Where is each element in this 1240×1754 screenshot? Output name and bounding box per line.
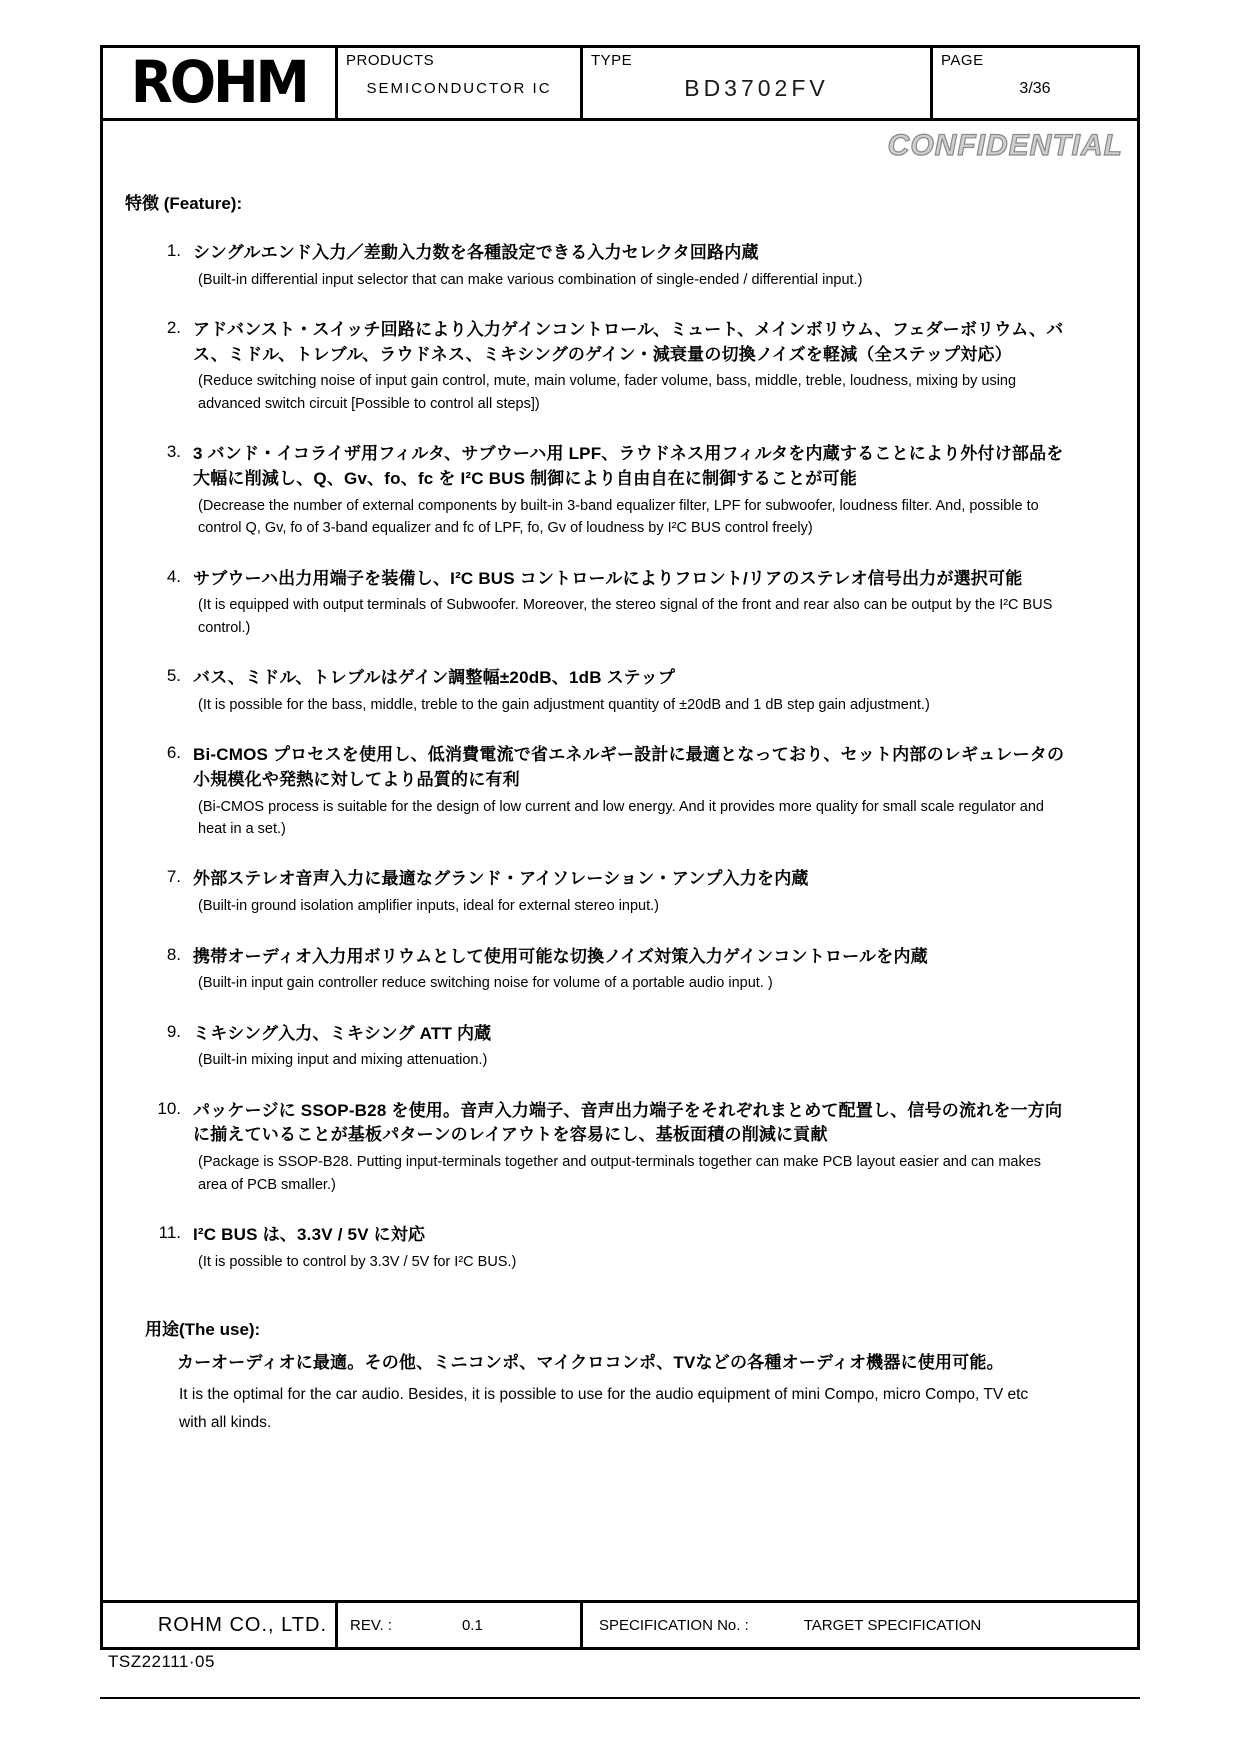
feature-item: 11. I²C BUS は、3.3V / 5V に対応 (It is possi… xyxy=(125,1223,1113,1273)
feature-text-en: (Built-in mixing input and mixing attenu… xyxy=(193,1049,1065,1071)
feature-body: パッケージに SSOP-B28 を使用。音声入力端子、音声出力端子をそれぞれまと… xyxy=(193,1099,1065,1196)
feature-text-jp: Bi-CMOS プロセスを使用し、低消費電流で省エネルギー設計に最適となっており… xyxy=(193,743,1065,792)
feature-number: 8. xyxy=(125,945,193,995)
feature-text-jp: アドバンスト・スイッチ回路により入力ゲインコントロール、ミュート、メインボリウム… xyxy=(193,318,1065,367)
feature-text-jp: 外部ステレオ音声入力に最適なグランド・アイソレーション・アンプ入力を内蔵 xyxy=(193,867,1065,892)
header: ROHM PRODUCTS SEMICONDUCTOR IC TYPE BD37… xyxy=(103,48,1137,121)
header-products-cell: PRODUCTS SEMICONDUCTOR IC xyxy=(338,48,583,118)
products-value: SEMICONDUCTOR IC xyxy=(346,80,572,97)
feature-text-jp: 3 バンド・イコライザ用フィルタ、サブウーハ用 LPF、ラウドネス用フィルタを内… xyxy=(193,442,1065,491)
feature-item: 7. 外部ステレオ音声入力に最適なグランド・アイソレーション・アンプ入力を内蔵 … xyxy=(125,867,1113,917)
feature-text-en: (It is possible for the bass, middle, tr… xyxy=(193,694,1065,716)
feature-text-en: (Built-in input gain controller reduce s… xyxy=(193,972,1065,994)
feature-number: 11. xyxy=(125,1223,193,1273)
feature-body: ミキシング入力、ミキシング ATT 内蔵 (Built-in mixing in… xyxy=(193,1022,1065,1072)
feature-text-en: (Reduce switching noise of input gain co… xyxy=(193,370,1065,415)
feature-text-jp: バス、ミドル、トレブルはゲイン調整幅±20dB、1dB ステップ xyxy=(193,666,1065,691)
page-number: 3/36 xyxy=(941,80,1129,98)
feature-heading: 特徴 (Feature): xyxy=(125,189,1113,214)
footer-company: ROHM CO., LTD. xyxy=(103,1603,338,1647)
feature-text-jp: I²C BUS は、3.3V / 5V に対応 xyxy=(193,1223,1065,1248)
feature-body: 3 バンド・イコライザ用フィルタ、サブウーハ用 LPF、ラウドネス用フィルタを内… xyxy=(193,442,1065,539)
type-value: BD3702FV xyxy=(591,75,922,102)
feature-item: 4. サブウーハ出力用端子を装備し、I²C BUS コントロールによりフロント/… xyxy=(125,567,1113,640)
feature-item: 9. ミキシング入力、ミキシング ATT 内蔵 (Built-in mixing… xyxy=(125,1022,1113,1072)
feature-text-en: (Built-in differential input selector th… xyxy=(193,269,1065,291)
feature-text-en: (Bi-CMOS process is suitable for the des… xyxy=(193,796,1065,841)
feature-number: 5. xyxy=(125,666,193,716)
feature-text-jp: サブウーハ出力用端子を装備し、I²C BUS コントロールによりフロント/リアの… xyxy=(193,567,1065,592)
rohm-logo: ROHM xyxy=(103,48,338,118)
document-code: TSZ22111·05 xyxy=(108,1652,215,1672)
feature-body: サブウーハ出力用端子を装備し、I²C BUS コントロールによりフロント/リアの… xyxy=(193,567,1065,640)
bottom-rule xyxy=(100,1697,1140,1699)
use-heading: 用途(The use): xyxy=(145,1315,1113,1340)
feature-body: シングルエンド入力／差動入力数を各種設定できる入力セレクタ回路内蔵 (Built… xyxy=(193,241,1065,291)
feature-number: 10. xyxy=(125,1099,193,1196)
feature-body: アドバンスト・スイッチ回路により入力ゲインコントロール、ミュート、メインボリウム… xyxy=(193,318,1065,415)
feature-number: 4. xyxy=(125,567,193,640)
feature-list: 1. シングルエンド入力／差動入力数を各種設定できる入力セレクタ回路内蔵 (Bu… xyxy=(125,241,1113,1273)
use-section: 用途(The use): カーオーディオに最適。その他、ミニコンポ、マイクロコン… xyxy=(125,1315,1113,1437)
feature-body: I²C BUS は、3.3V / 5V に対応 (It is possible … xyxy=(193,1223,1065,1273)
use-text-jp: カーオーディオに最適。その他、ミニコンポ、マイクロコンポ、TVなどの各種オーディ… xyxy=(177,1348,1113,1373)
feature-text-jp: ミキシング入力、ミキシング ATT 内蔵 xyxy=(193,1022,1065,1047)
rev-label: REV. : xyxy=(350,1617,392,1634)
feature-number: 7. xyxy=(125,867,193,917)
use-text-en: It is the optimal for the car audio. Bes… xyxy=(179,1381,1039,1437)
footer-rev-cell: REV. : 0.1 xyxy=(338,1603,583,1647)
feature-text-en: (Package is SSOP-B28. Putting input-term… xyxy=(193,1151,1065,1196)
feature-item: 1. シングルエンド入力／差動入力数を各種設定できる入力セレクタ回路内蔵 (Bu… xyxy=(125,241,1113,291)
spec-label: SPECIFICATION No. : xyxy=(599,1617,749,1634)
spec-value: TARGET SPECIFICATION xyxy=(804,1617,982,1634)
feature-item: 6. Bi-CMOS プロセスを使用し、低消費電流で省エネルギー設計に最適となっ… xyxy=(125,743,1113,840)
type-label: TYPE xyxy=(591,52,922,69)
feature-text-en: (Decrease the number of external compone… xyxy=(193,495,1065,540)
feature-text-en: (Built-in ground isolation amplifier inp… xyxy=(193,895,1065,917)
feature-body: 携帯オーディオ入力用ボリウムとして使用可能な切換ノイズ対策入力ゲインコントロール… xyxy=(193,945,1065,995)
confidential-watermark: CONFIDENTIAL xyxy=(888,129,1123,163)
feature-number: 9. xyxy=(125,1022,193,1072)
footer: ROHM CO., LTD. REV. : 0.1 SPECIFICATION … xyxy=(103,1600,1137,1647)
feature-number: 6. xyxy=(125,743,193,840)
products-label: PRODUCTS xyxy=(346,52,572,69)
feature-text-en: (It is possible to control by 3.3V / 5V … xyxy=(193,1251,1065,1273)
feature-number: 1. xyxy=(125,241,193,291)
page-content: CONFIDENTIAL 特徴 (Feature): 1. シングルエンド入力／… xyxy=(103,121,1137,1600)
feature-number: 3. xyxy=(125,442,193,539)
feature-body: バス、ミドル、トレブルはゲイン調整幅±20dB、1dB ステップ (It is … xyxy=(193,666,1065,716)
feature-item: 2. アドバンスト・スイッチ回路により入力ゲインコントロール、ミュート、メインボ… xyxy=(125,318,1113,415)
feature-item: 10. パッケージに SSOP-B28 を使用。音声入力端子、音声出力端子をそれ… xyxy=(125,1099,1113,1196)
feature-text-en: (It is equipped with output terminals of… xyxy=(193,594,1065,639)
header-page-cell: PAGE 3/36 xyxy=(933,48,1137,118)
feature-text-jp: シングルエンド入力／差動入力数を各種設定できる入力セレクタ回路内蔵 xyxy=(193,241,1065,266)
header-type-cell: TYPE BD3702FV xyxy=(583,48,933,118)
feature-body: 外部ステレオ音声入力に最適なグランド・アイソレーション・アンプ入力を内蔵 (Bu… xyxy=(193,867,1065,917)
feature-item: 8. 携帯オーディオ入力用ボリウムとして使用可能な切換ノイズ対策入力ゲインコント… xyxy=(125,945,1113,995)
rohm-logo-text: ROHM xyxy=(131,54,307,112)
datasheet-page-frame: ROHM PRODUCTS SEMICONDUCTOR IC TYPE BD37… xyxy=(100,45,1140,1650)
feature-item: 5. バス、ミドル、トレブルはゲイン調整幅±20dB、1dB ステップ (It … xyxy=(125,666,1113,716)
feature-item: 3. 3 バンド・イコライザ用フィルタ、サブウーハ用 LPF、ラウドネス用フィル… xyxy=(125,442,1113,539)
feature-text-jp: 携帯オーディオ入力用ボリウムとして使用可能な切換ノイズ対策入力ゲインコントロール… xyxy=(193,945,1065,970)
feature-body: Bi-CMOS プロセスを使用し、低消費電流で省エネルギー設計に最適となっており… xyxy=(193,743,1065,840)
feature-number: 2. xyxy=(125,318,193,415)
page-label: PAGE xyxy=(941,52,1129,69)
feature-text-jp: パッケージに SSOP-B28 を使用。音声入力端子、音声出力端子をそれぞれまと… xyxy=(193,1099,1065,1148)
rev-value: 0.1 xyxy=(462,1617,483,1634)
footer-spec-cell: SPECIFICATION No. : TARGET SPECIFICATION xyxy=(583,1603,1137,1647)
